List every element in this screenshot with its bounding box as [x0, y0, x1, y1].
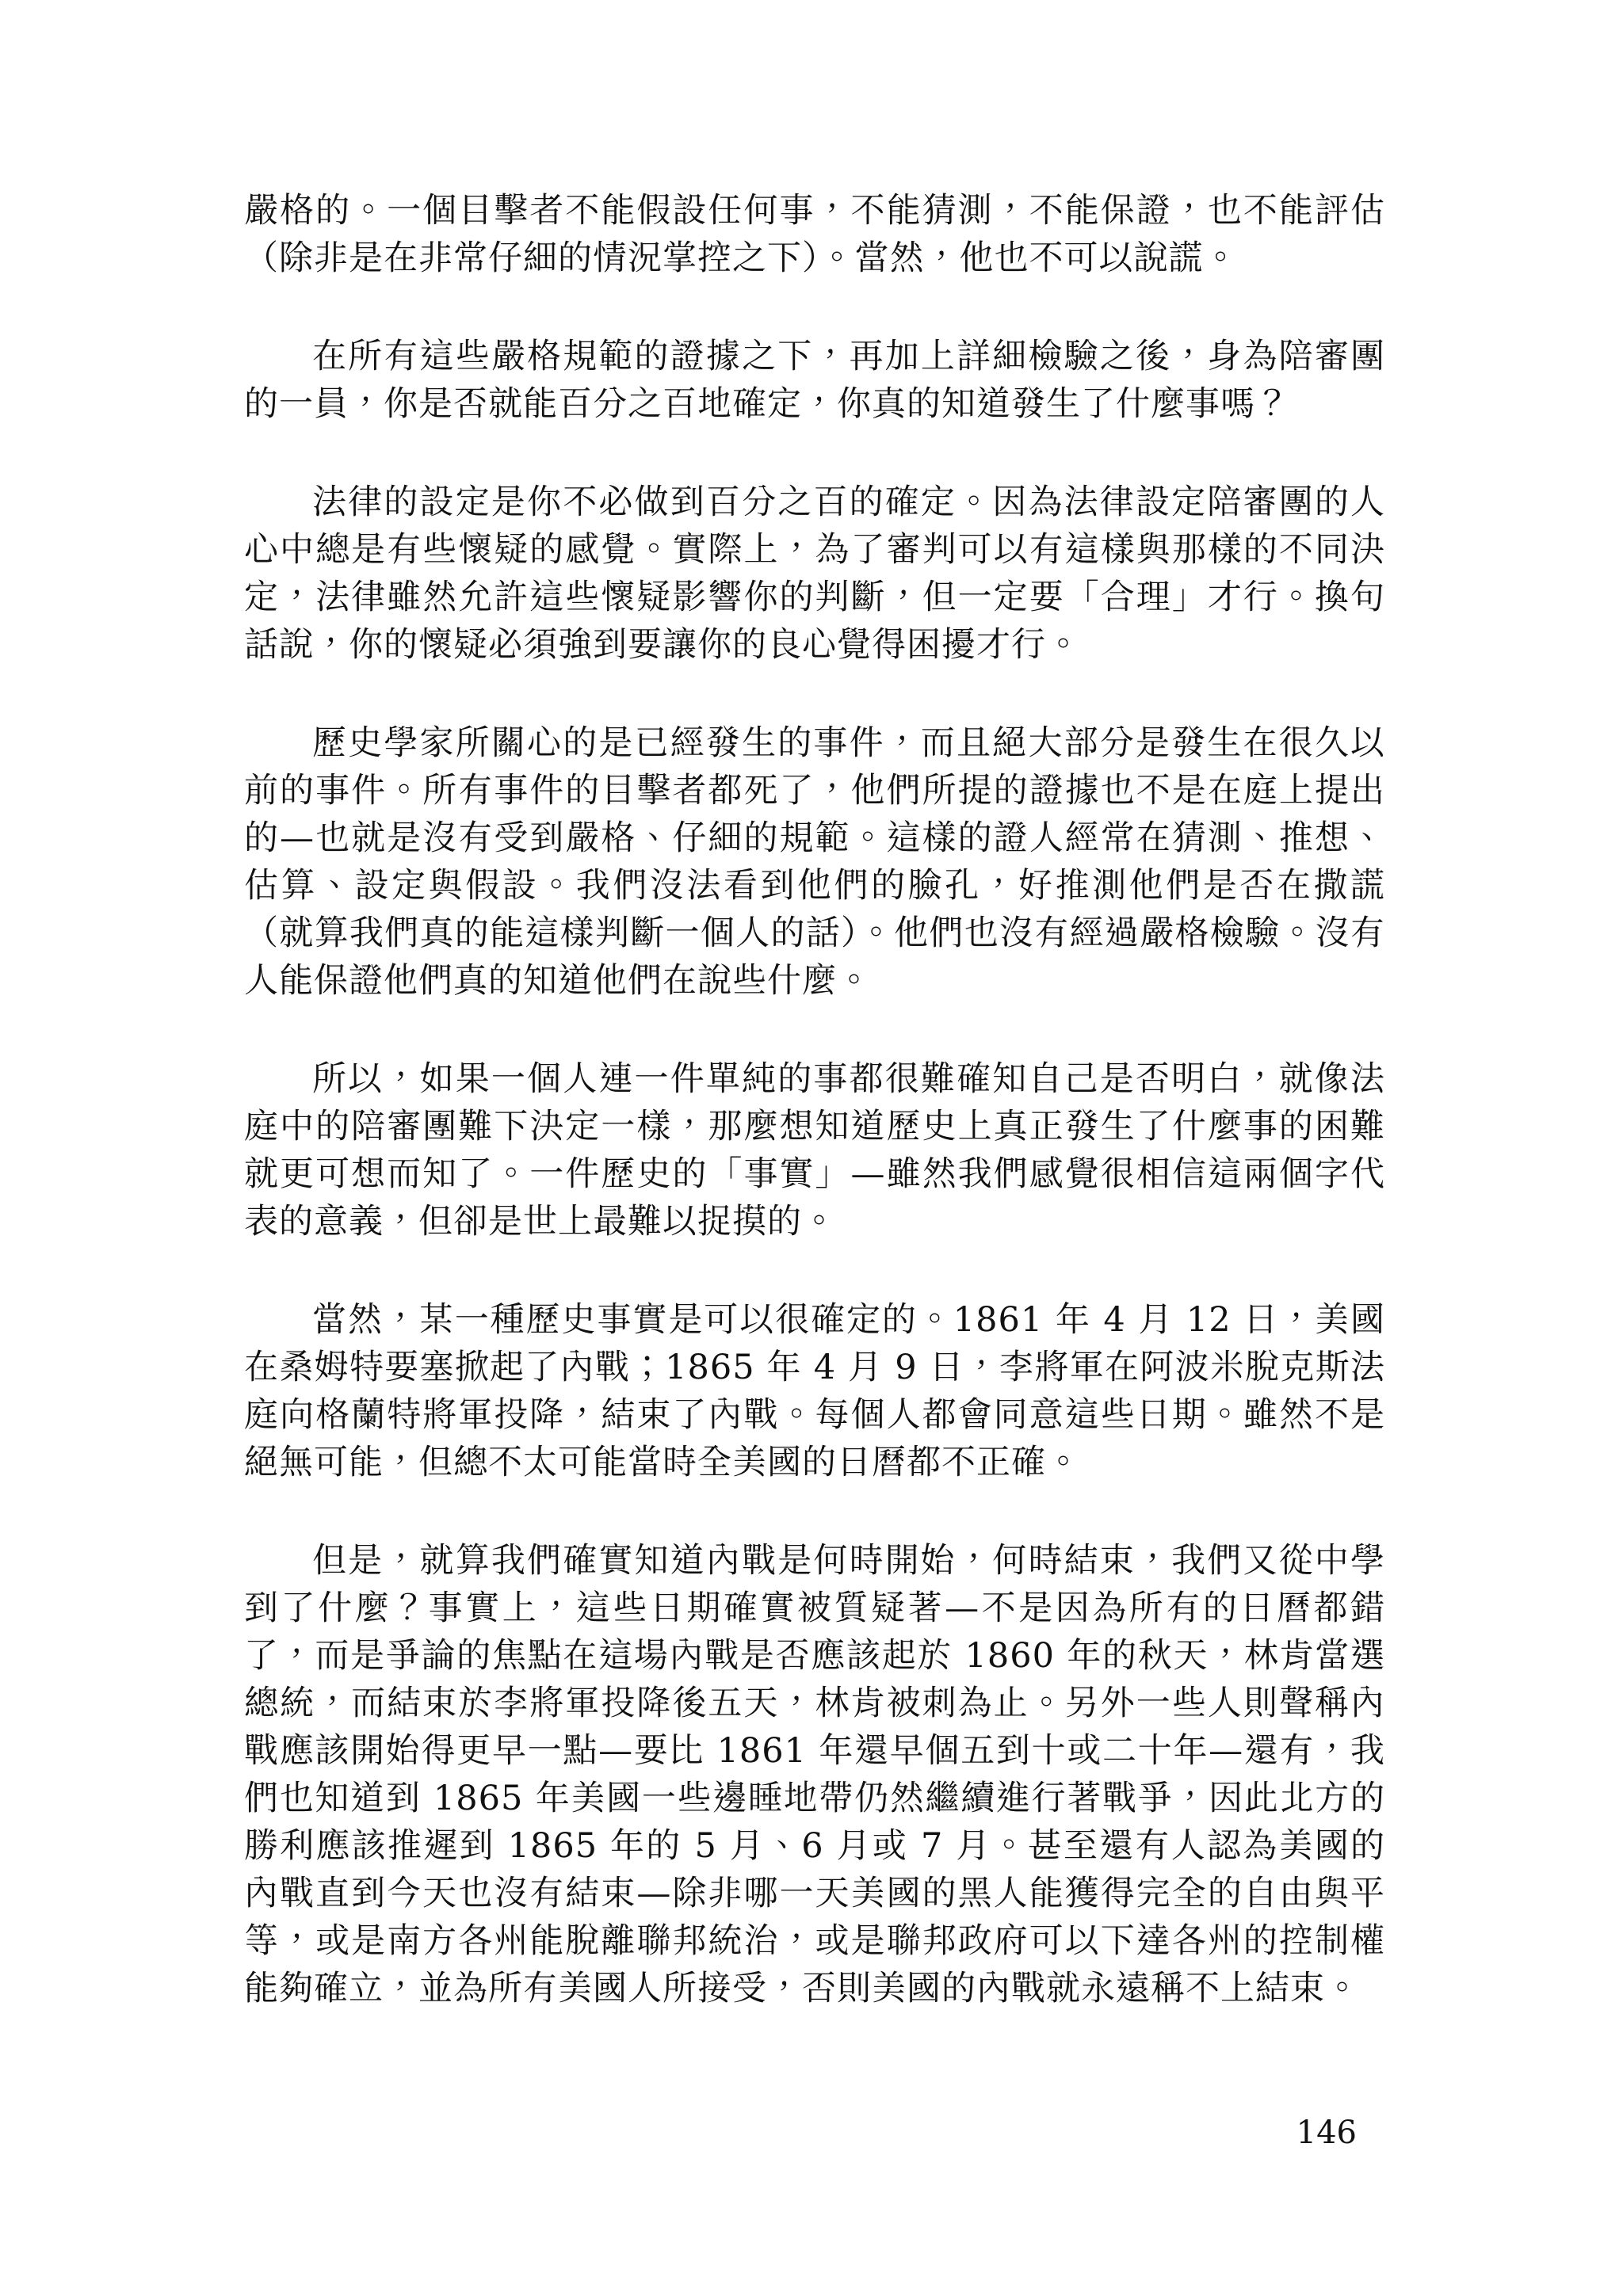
paragraph: 歷史學家所關心的是已經發生的事件，而且絕大部分是發生在很久以前的事件。所有事件的…	[244, 719, 1385, 1005]
page-number: 146	[1296, 2114, 1357, 2152]
paragraph: 嚴格的。一個目擊者不能假設任何事，不能猜測，不能保證，也不能評估（除非是在非常仔…	[244, 187, 1385, 282]
paragraph: 法律的設定是你不必做到百分之百的確定。因為法律設定陪審團的人心中總是有些懷疑的感…	[244, 479, 1385, 669]
text-block: 嚴格的。一個目擊者不能假設任何事，不能猜測，不能保證，也不能評估（除非是在非常仔…	[244, 187, 1385, 2012]
paragraph: 所以，如果一個人連一件單純的事都很難確知自己是否明白，就像法庭中的陪審團難下決定…	[244, 1055, 1385, 1245]
paragraph: 在所有這些嚴格規範的證據之下，再加上詳細檢驗之後，身為陪審團的一員，你是否就能百…	[244, 333, 1385, 428]
paragraph: 但是，就算我們確實知道內戰是何時開始，何時結束，我們又從中學到了什麼？事實上，這…	[244, 1537, 1385, 2012]
paragraph: 當然，某一種歷史事實是可以很確定的。1861 年 4 月 12 日，美國在桑姆特…	[244, 1296, 1385, 1486]
document-page: 嚴格的。一個目擊者不能假設任何事，不能猜測，不能保證，也不能評估（除非是在非常仔…	[0, 0, 1623, 2296]
